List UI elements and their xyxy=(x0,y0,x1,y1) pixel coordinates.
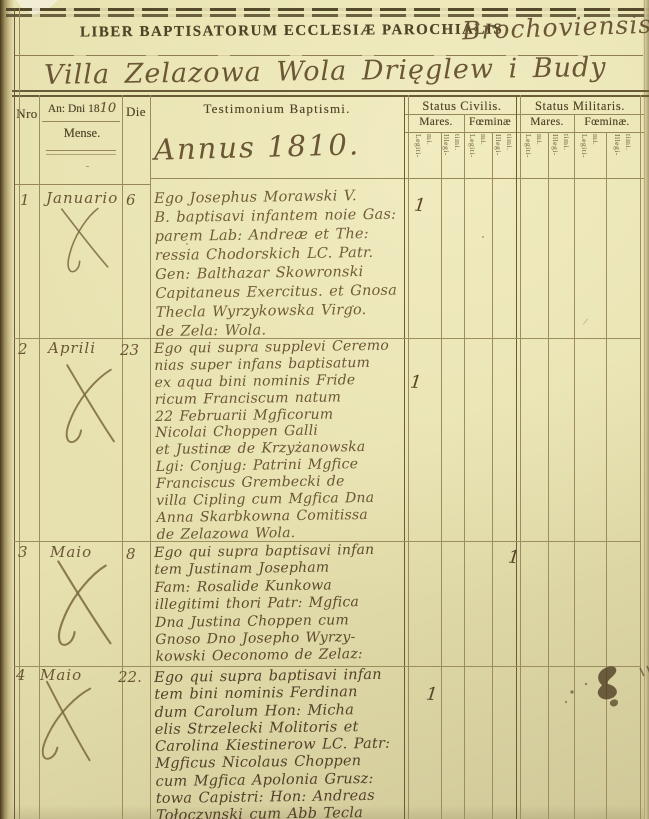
column-label-legitimi: Legiti- mi. xyxy=(467,134,489,179)
paper-speck xyxy=(186,243,188,245)
tally-mark-status-civilis-mares-legitimi: 1 xyxy=(425,683,439,705)
signature-flourish-icon xyxy=(27,676,105,768)
entry-text: Ego qui supra baptisavi infantem bini no… xyxy=(154,666,414,819)
entry-number: 4 xyxy=(16,666,26,684)
paper-speck xyxy=(352,305,354,307)
column-label-illegitimi: Illegi- timi. xyxy=(612,134,634,179)
baptism-entry: 4 Maio 22. Ego qui supra baptisavi infan… xyxy=(0,0,649,819)
entry-text-line: Tołoczynski cum Abb Tecla xyxy=(156,805,414,819)
baptism-register-page: LIBER BAPTISATORUM ECCLESIÆ PAROCHIALIS … xyxy=(0,0,649,819)
column-label-illegitimi: Illegi- timi. xyxy=(550,134,572,179)
ink-smudge xyxy=(556,660,649,716)
column-label-legitimi: Legiti- mi. xyxy=(523,134,545,179)
paper-speck xyxy=(86,166,89,167)
paper-speck xyxy=(482,236,484,238)
column-label-legitimi: Legiti- mi. xyxy=(579,134,601,179)
column-label-illegitimi: Illegi- timi. xyxy=(493,134,515,179)
column-label-legitimi: Legiti- mi. xyxy=(413,134,435,179)
entry-day: 22. xyxy=(118,668,142,686)
column-label-illegitimi: Illegi- timi. xyxy=(441,134,463,179)
